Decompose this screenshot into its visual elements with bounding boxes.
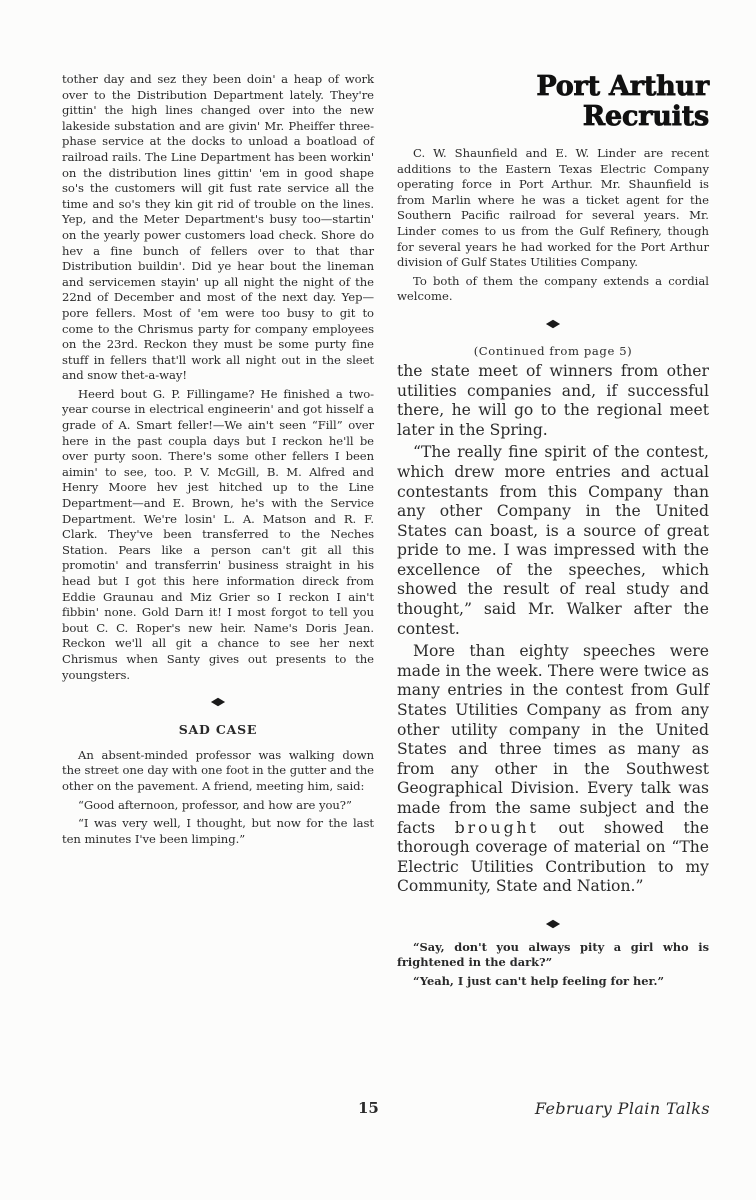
body-paragraph: “I was very well, I thought, but now for… (62, 816, 374, 847)
body-paragraph: An absent-minded professor was walking d… (62, 748, 374, 795)
letterspaced-word: brought (455, 819, 539, 837)
continued-article: the state meet of winners from other uti… (397, 362, 709, 897)
left-column: tother day and sez they been doin' a hea… (62, 72, 374, 847)
body-paragraph: To both of them the company extends a co… (397, 274, 709, 305)
body-paragraph: C. W. Shaunfield and E. W. Linder are re… (397, 146, 709, 271)
diamond-ornament-icon (546, 921, 560, 930)
section-heading-sad-case: SAD CASE (62, 722, 374, 738)
joke-line: “Yeah, I just can't help feeling for her… (397, 974, 709, 989)
body-paragraph: tother day and sez they been doin' a hea… (62, 72, 374, 384)
continued-note: (Continued from page 5) (397, 344, 709, 358)
body-paragraph: the state meet of winners from other uti… (397, 362, 709, 440)
publication-name: February Plain Talks (535, 1099, 710, 1118)
body-paragraph: More than eighty speeches were made in t… (397, 642, 709, 897)
article-headline: Port Arthur Recruits (397, 72, 709, 132)
joke-filler: “Say, don't you always pity a girl who i… (397, 940, 709, 989)
magazine-page: tother day and sez they been doin' a hea… (0, 0, 756, 1200)
right-column: Port Arthur Recruits C. W. Shaunfield an… (397, 72, 709, 989)
headline-line: Port Arthur (397, 72, 709, 102)
headline-line: Recruits (397, 102, 709, 132)
body-paragraph: “The really fine spirit of the contest, … (397, 443, 709, 639)
body-paragraph: “Good afternoon, professor, and how are … (62, 798, 374, 814)
joke-line: “Say, don't you always pity a girl who i… (397, 940, 709, 971)
body-paragraph: Heerd bout G. P. Fillingame? He finished… (62, 387, 374, 683)
diamond-ornament-icon (211, 699, 225, 708)
diamond-ornament-icon (546, 321, 560, 330)
page-number: 15 (358, 1099, 379, 1117)
recruits-article: C. W. Shaunfield and E. W. Linder are re… (397, 146, 709, 305)
text-run: More than eighty speeches were made in t… (397, 642, 709, 836)
